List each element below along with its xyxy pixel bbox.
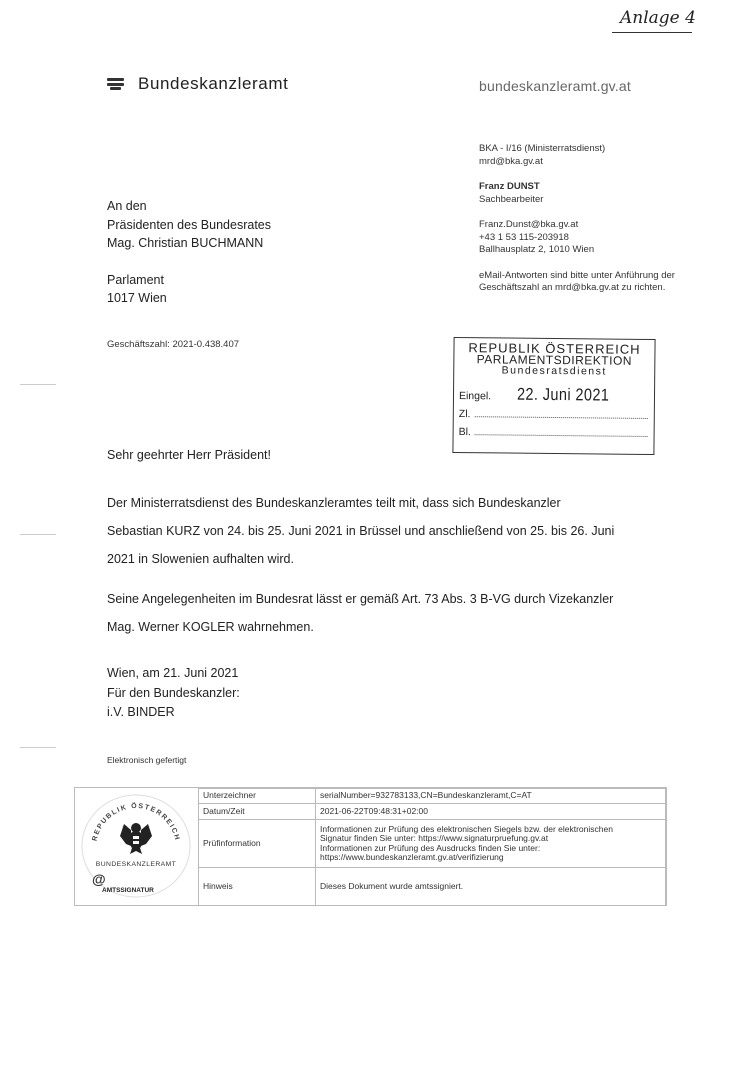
- annotation-text: Anlage 4: [620, 8, 696, 28]
- row-value: 2021-06-22T09:48:31+02:00: [316, 804, 666, 820]
- paragraph-line: Seine Angelegenheiten im Bundesrat lässt…: [107, 592, 613, 606]
- receipt-stamp: REPUBLIK ÖSTERREICH PARLAMENTSDIREKTION …: [452, 337, 655, 455]
- sender-block: BKA - I/16 (Ministerratsdienst) mrd@bka.…: [479, 143, 675, 295]
- paragraph-line: Der Ministerratsdienst des Bundeskanzler…: [107, 496, 561, 510]
- svg-text:BUNDESKANZLERAMT: BUNDESKANZLERAMT: [96, 861, 176, 868]
- recipient-address: An den Präsidenten des Bundesrates Mag. …: [107, 197, 271, 308]
- closing-block: Wien, am 21. Juni 2021 Für den Bundeskan…: [107, 664, 240, 723]
- place-date: Wien, am 21. Juni 2021: [107, 664, 240, 684]
- sender-email: Franz.Dunst@bka.gv.at: [479, 219, 675, 232]
- stamp-zl-label: Zl.: [459, 408, 471, 420]
- row-label: Datum/Zeit: [199, 804, 316, 820]
- signature-block: REPUBLIK ÖSTERREICH BUNDESKANZLERAMT @ A…: [74, 787, 667, 906]
- row-value: Informationen zur Prüfung des elektronis…: [316, 820, 666, 868]
- handwritten-annotation: Anlage 4: [620, 8, 696, 28]
- table-row: Hinweis Dieses Dokument wurde amtssignie…: [199, 868, 666, 906]
- margin-mark: [20, 747, 56, 749]
- sender-department-email: mrd@bka.gv.at: [479, 156, 675, 169]
- stamp-bl-dots: [475, 426, 648, 437]
- on-behalf: Für den Bundeskanzler:: [107, 684, 240, 704]
- margin-mark: [20, 384, 56, 386]
- header-logo: Bundeskanzleramt: [107, 74, 288, 94]
- value-line: https://www.bundeskanzleramt.gv.at/verif…: [320, 853, 661, 863]
- logo-stripes-icon: [107, 78, 124, 90]
- sender-phone: +43 1 53 115-203918: [479, 232, 675, 245]
- website: bundeskanzleramt.gv.at: [479, 78, 631, 94]
- reference-number: Geschäftszahl: 2021-0.438.407: [107, 339, 239, 350]
- svg-text:@: @: [92, 871, 106, 887]
- row-value: serialNumber=932783133,CN=Bundeskanzlera…: [316, 789, 666, 804]
- paragraph-1: Der Ministerratsdienst des Bundeskanzler…: [107, 489, 667, 573]
- sender-address: Ballhausplatz 2, 1010 Wien: [479, 244, 675, 257]
- table-row: Unterzeichner serialNumber=932783133,CN=…: [199, 789, 666, 804]
- recipient-line: Präsidenten des Bundesrates: [107, 216, 271, 235]
- row-label: Unterzeichner: [199, 789, 316, 804]
- letter-body: Der Ministerratsdienst des Bundeskanzler…: [107, 489, 667, 653]
- sender-role: Sachbearbeiter: [479, 194, 675, 207]
- official-seal: REPUBLIK ÖSTERREICH BUNDESKANZLERAMT @ A…: [75, 788, 199, 905]
- signature-table: Unterzeichner serialNumber=932783133,CN=…: [198, 788, 666, 906]
- row-value: Dieses Dokument wurde amtssigniert.: [316, 868, 666, 906]
- electronic-note: Elektronisch gefertigt: [107, 755, 186, 765]
- paragraph-line: Sebastian KURZ von 24. bis 25. Juni 2021…: [107, 524, 614, 538]
- table-row: Prüfinformation Informationen zur Prüfun…: [199, 820, 666, 868]
- annotation-underline: [612, 32, 692, 34]
- row-label: Prüfinformation: [199, 820, 316, 868]
- paragraph-line: Mag. Werner KOGLER wahrnehmen.: [107, 620, 314, 634]
- stamp-bl-label: Bl.: [459, 426, 471, 438]
- stamp-zl-dots: [474, 408, 647, 419]
- paragraph-line: 2021 in Slowenien aufhalten wird.: [107, 552, 294, 566]
- reply-note-2: Geschäftszahl an mrd@bka.gv.at zu richte…: [479, 282, 675, 295]
- paragraph-2: Seine Angelegenheiten im Bundesrat lässt…: [107, 585, 667, 641]
- seal-emblem-icon: REPUBLIK ÖSTERREICH BUNDESKANZLERAMT @ A…: [80, 794, 192, 899]
- recipient-line: 1017 Wien: [107, 289, 271, 308]
- recipient-line: An den: [107, 197, 271, 216]
- reply-note-1: eMail-Antworten sind bitte unter Anführu…: [479, 270, 675, 283]
- table-row: Datum/Zeit 2021-06-22T09:48:31+02:00: [199, 804, 666, 820]
- recipient-line: Mag. Christian BUCHMANN: [107, 234, 271, 253]
- sender-name: Franz DUNST: [479, 181, 540, 192]
- stamp-received-date: 22. Juni 2021: [517, 385, 610, 406]
- margin-mark: [20, 534, 56, 536]
- logo-text: Bundeskanzleramt: [138, 74, 288, 94]
- signatory: i.V. BINDER: [107, 703, 240, 723]
- svg-text:AMTSSIGNATUR: AMTSSIGNATUR: [102, 887, 154, 894]
- stamp-received-label: Eingel.: [459, 390, 491, 402]
- row-label: Hinweis: [199, 868, 316, 906]
- recipient-line: Parlament: [107, 271, 271, 290]
- salutation: Sehr geehrter Herr Präsident!: [107, 448, 271, 462]
- sender-department: BKA - I/16 (Ministerratsdienst): [479, 143, 675, 156]
